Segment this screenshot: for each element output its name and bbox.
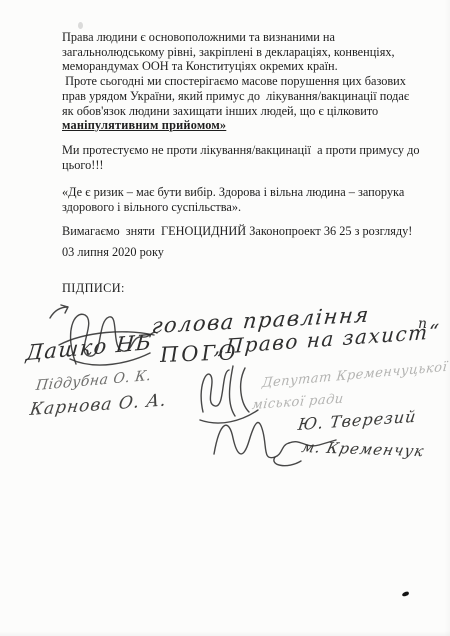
paragraph-protest: Ми протестуємо не проти лікування/вакцин…: [62, 143, 420, 172]
ink-speck: [402, 591, 410, 597]
paragraph-quote: «Де є ризик – має бути вибір. Здорова і …: [62, 185, 420, 214]
handwritten-note-deputy: Депутат Кременчуцької: [261, 360, 447, 391]
body-regular-text: Права людини є основоположними та визнан…: [62, 30, 409, 118]
body-bold-underlined-text: маніпулятивним прийомом»: [62, 118, 226, 132]
signatures-heading: ПІДПИСИ:: [62, 281, 420, 296]
typed-text-block: Права людини є основоположними та визнан…: [62, 30, 420, 296]
paragraph-demand: Вимагаємо зняти ГЕНОЦИДНИЙ Законопроект …: [62, 224, 420, 239]
scanned-document-page: Права людини є основоположними та визнан…: [0, 0, 450, 636]
document-date: 03 липня 2020 року: [62, 245, 420, 260]
paragraph-body: Права людини є основоположними та визнан…: [62, 30, 420, 133]
scan-artifact-dot: [78, 22, 83, 29]
handwritten-name-karnova: Карнова О. А.: [29, 390, 169, 420]
